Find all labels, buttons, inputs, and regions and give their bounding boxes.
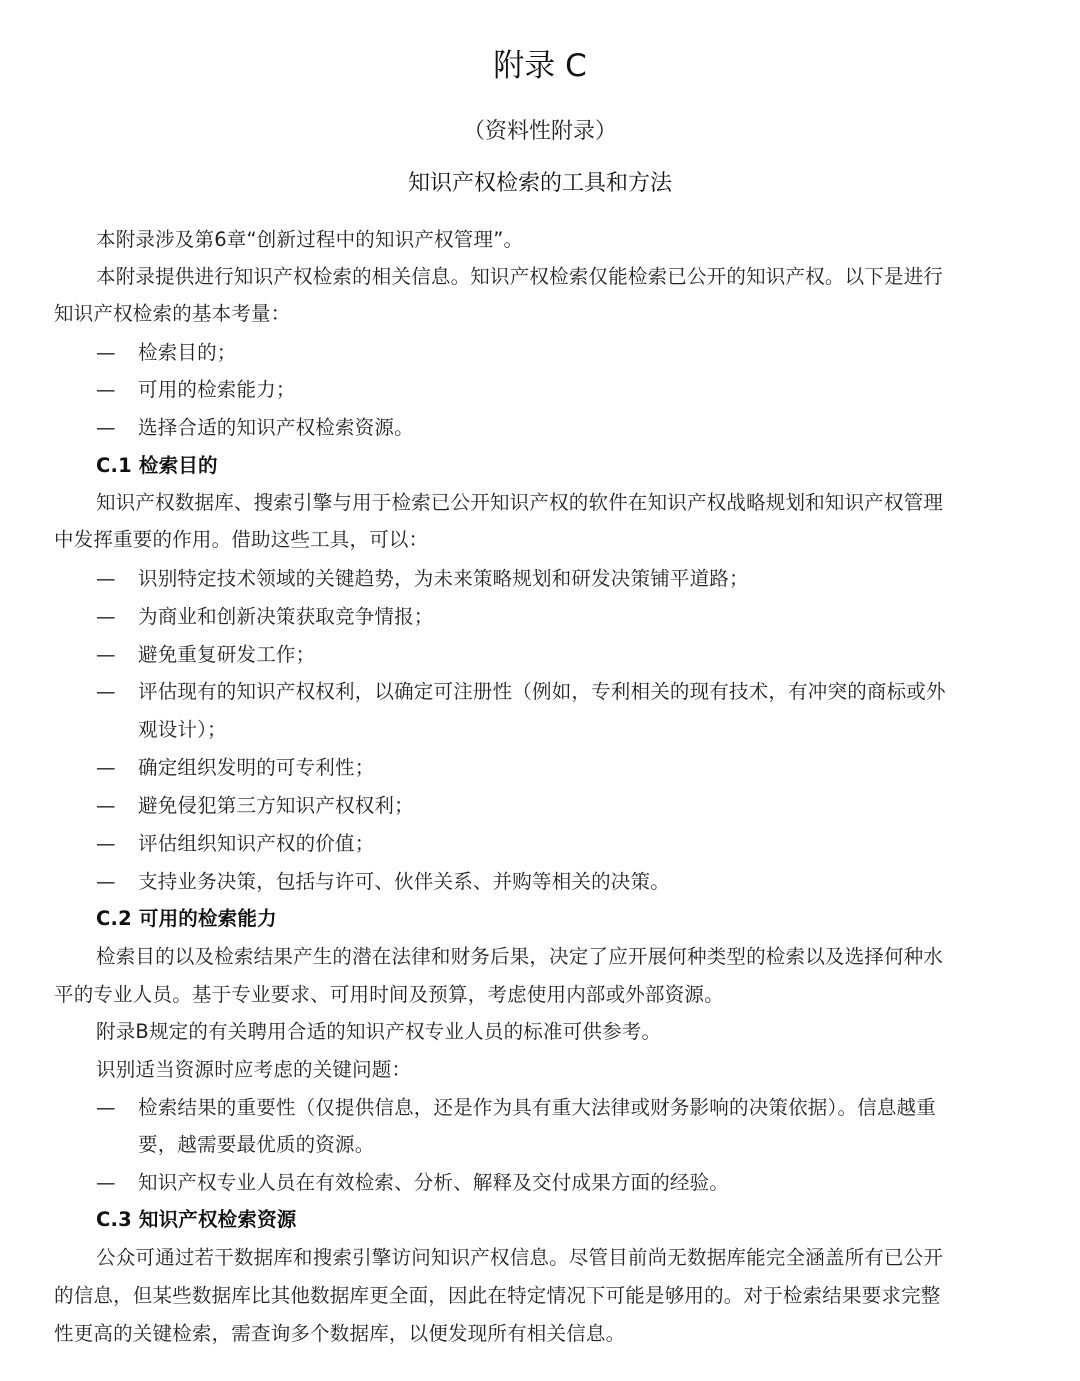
intro-paragraph-2-line-1: 本附录提供进行知识产权检索的相关信息。知识产权检索仅能检索已公开的知识产权。以下… — [96, 263, 943, 291]
dash-bullet-icon: — — [96, 1169, 116, 1197]
c2-paragraph-1-line-1: 检索目的以及检索结果产生的潜在法律和财务后果，决定了应开展何种类型的检索以及选择… — [96, 943, 943, 971]
dash-bullet-icon: — — [96, 603, 116, 631]
c2-paragraph-3: 识别适当资源时应考虑的关键问题： — [96, 1056, 411, 1084]
dash-bullet-icon: — — [96, 565, 116, 593]
list-item: 检索目的； — [138, 339, 237, 367]
c1-paragraph-line-1: 知识产权数据库、搜索引擎与用于检索已公开知识产权的软件在知识产权战略规划和知识产… — [96, 489, 943, 517]
appendix-type: （资料性附录） — [0, 116, 1080, 148]
list-item: 评估现有的知识产权权利，以确定可注册性（例如，专利相关的现有技术，有冲突的商标或… — [138, 678, 946, 706]
list-item: 支持业务决策，包括与许可、伙伴关系、并购等相关的决策。 — [138, 868, 670, 896]
section-heading-c2: C.2 可用的检索能力 — [96, 905, 277, 933]
appendix-title: 附录 C — [0, 44, 1080, 88]
list-item: 检索结果的重要性（仅提供信息，还是作为具有重大法律或财务影响的决策依据）。信息越… — [138, 1094, 936, 1122]
c3-paragraph-line-2: 的信息，但某些数据库比其他数据库更全面，因此在特定情况下可能是够用的。对于检索结… — [54, 1282, 941, 1310]
list-item: 避免重复研发工作； — [138, 641, 315, 669]
intro-paragraph-1: 本附录涉及第6章“创新过程中的知识产权管理”。 — [96, 226, 523, 254]
list-item: 识别特定技术领域的关键趋势，为未来策略规划和研发决策铺平道路； — [138, 565, 749, 593]
dash-bullet-icon: — — [96, 414, 116, 442]
list-item: 知识产权专业人员在有效检索、分析、解释及交付成果方面的经验。 — [138, 1169, 729, 1197]
dash-bullet-icon: — — [96, 678, 116, 706]
c2-paragraph-2: 附录B规定的有关聘用合适的知识产权专业人员的标准可供参考。 — [96, 1018, 661, 1046]
list-item: 评估组织知识产权的价值； — [138, 830, 374, 858]
scan-artifact — [1038, 1333, 1046, 1345]
c1-paragraph-line-2: 中发挥重要的作用。借助这些工具，可以： — [54, 526, 428, 554]
dash-bullet-icon: — — [96, 641, 116, 669]
dash-bullet-icon: — — [96, 339, 116, 367]
dash-bullet-icon: — — [96, 376, 116, 404]
dash-bullet-icon: — — [96, 830, 116, 858]
c2-paragraph-1-line-2: 平的专业人员。基于专业要求、可用时间及预算，考虑使用内部或外部资源。 — [54, 981, 724, 1009]
section-heading-c1: C.1 检索目的 — [96, 452, 218, 480]
list-item-continuation: 观设计）； — [138, 716, 227, 744]
dash-bullet-icon: — — [96, 868, 116, 896]
section-heading-c3: C.3 知识产权检索资源 — [96, 1206, 296, 1234]
dash-bullet-icon: — — [96, 754, 116, 782]
c3-paragraph-line-1: 公众可通过若干数据库和搜索引擎访问知识产权信息。尽管目前尚无数据库能完全涵盖所有… — [96, 1244, 943, 1272]
list-item: 为商业和创新决策获取竞争情报； — [138, 603, 434, 631]
dash-bullet-icon: — — [96, 1094, 116, 1122]
intro-paragraph-2-line-2: 知识产权检索的基本考量： — [54, 300, 290, 328]
appendix-heading: 知识产权检索的工具和方法 — [0, 168, 1080, 200]
list-item: 选择合适的知识产权检索资源。 — [138, 414, 414, 442]
dash-bullet-icon: — — [96, 792, 116, 820]
list-item: 确定组织发明的可专利性； — [138, 754, 374, 782]
list-item: 避免侵犯第三方知识产权权利； — [138, 792, 414, 820]
list-item-continuation: 要，越需要最优质的资源。 — [138, 1131, 374, 1159]
list-item: 可用的检索能力； — [138, 376, 296, 404]
document-page: 附录 C （资料性附录） 知识产权检索的工具和方法 本附录涉及第6章“创新过程中… — [0, 0, 1080, 1381]
c3-paragraph-line-3: 性更高的关键检索，需查询多个数据库，以便发现所有相关信息。 — [54, 1320, 625, 1348]
